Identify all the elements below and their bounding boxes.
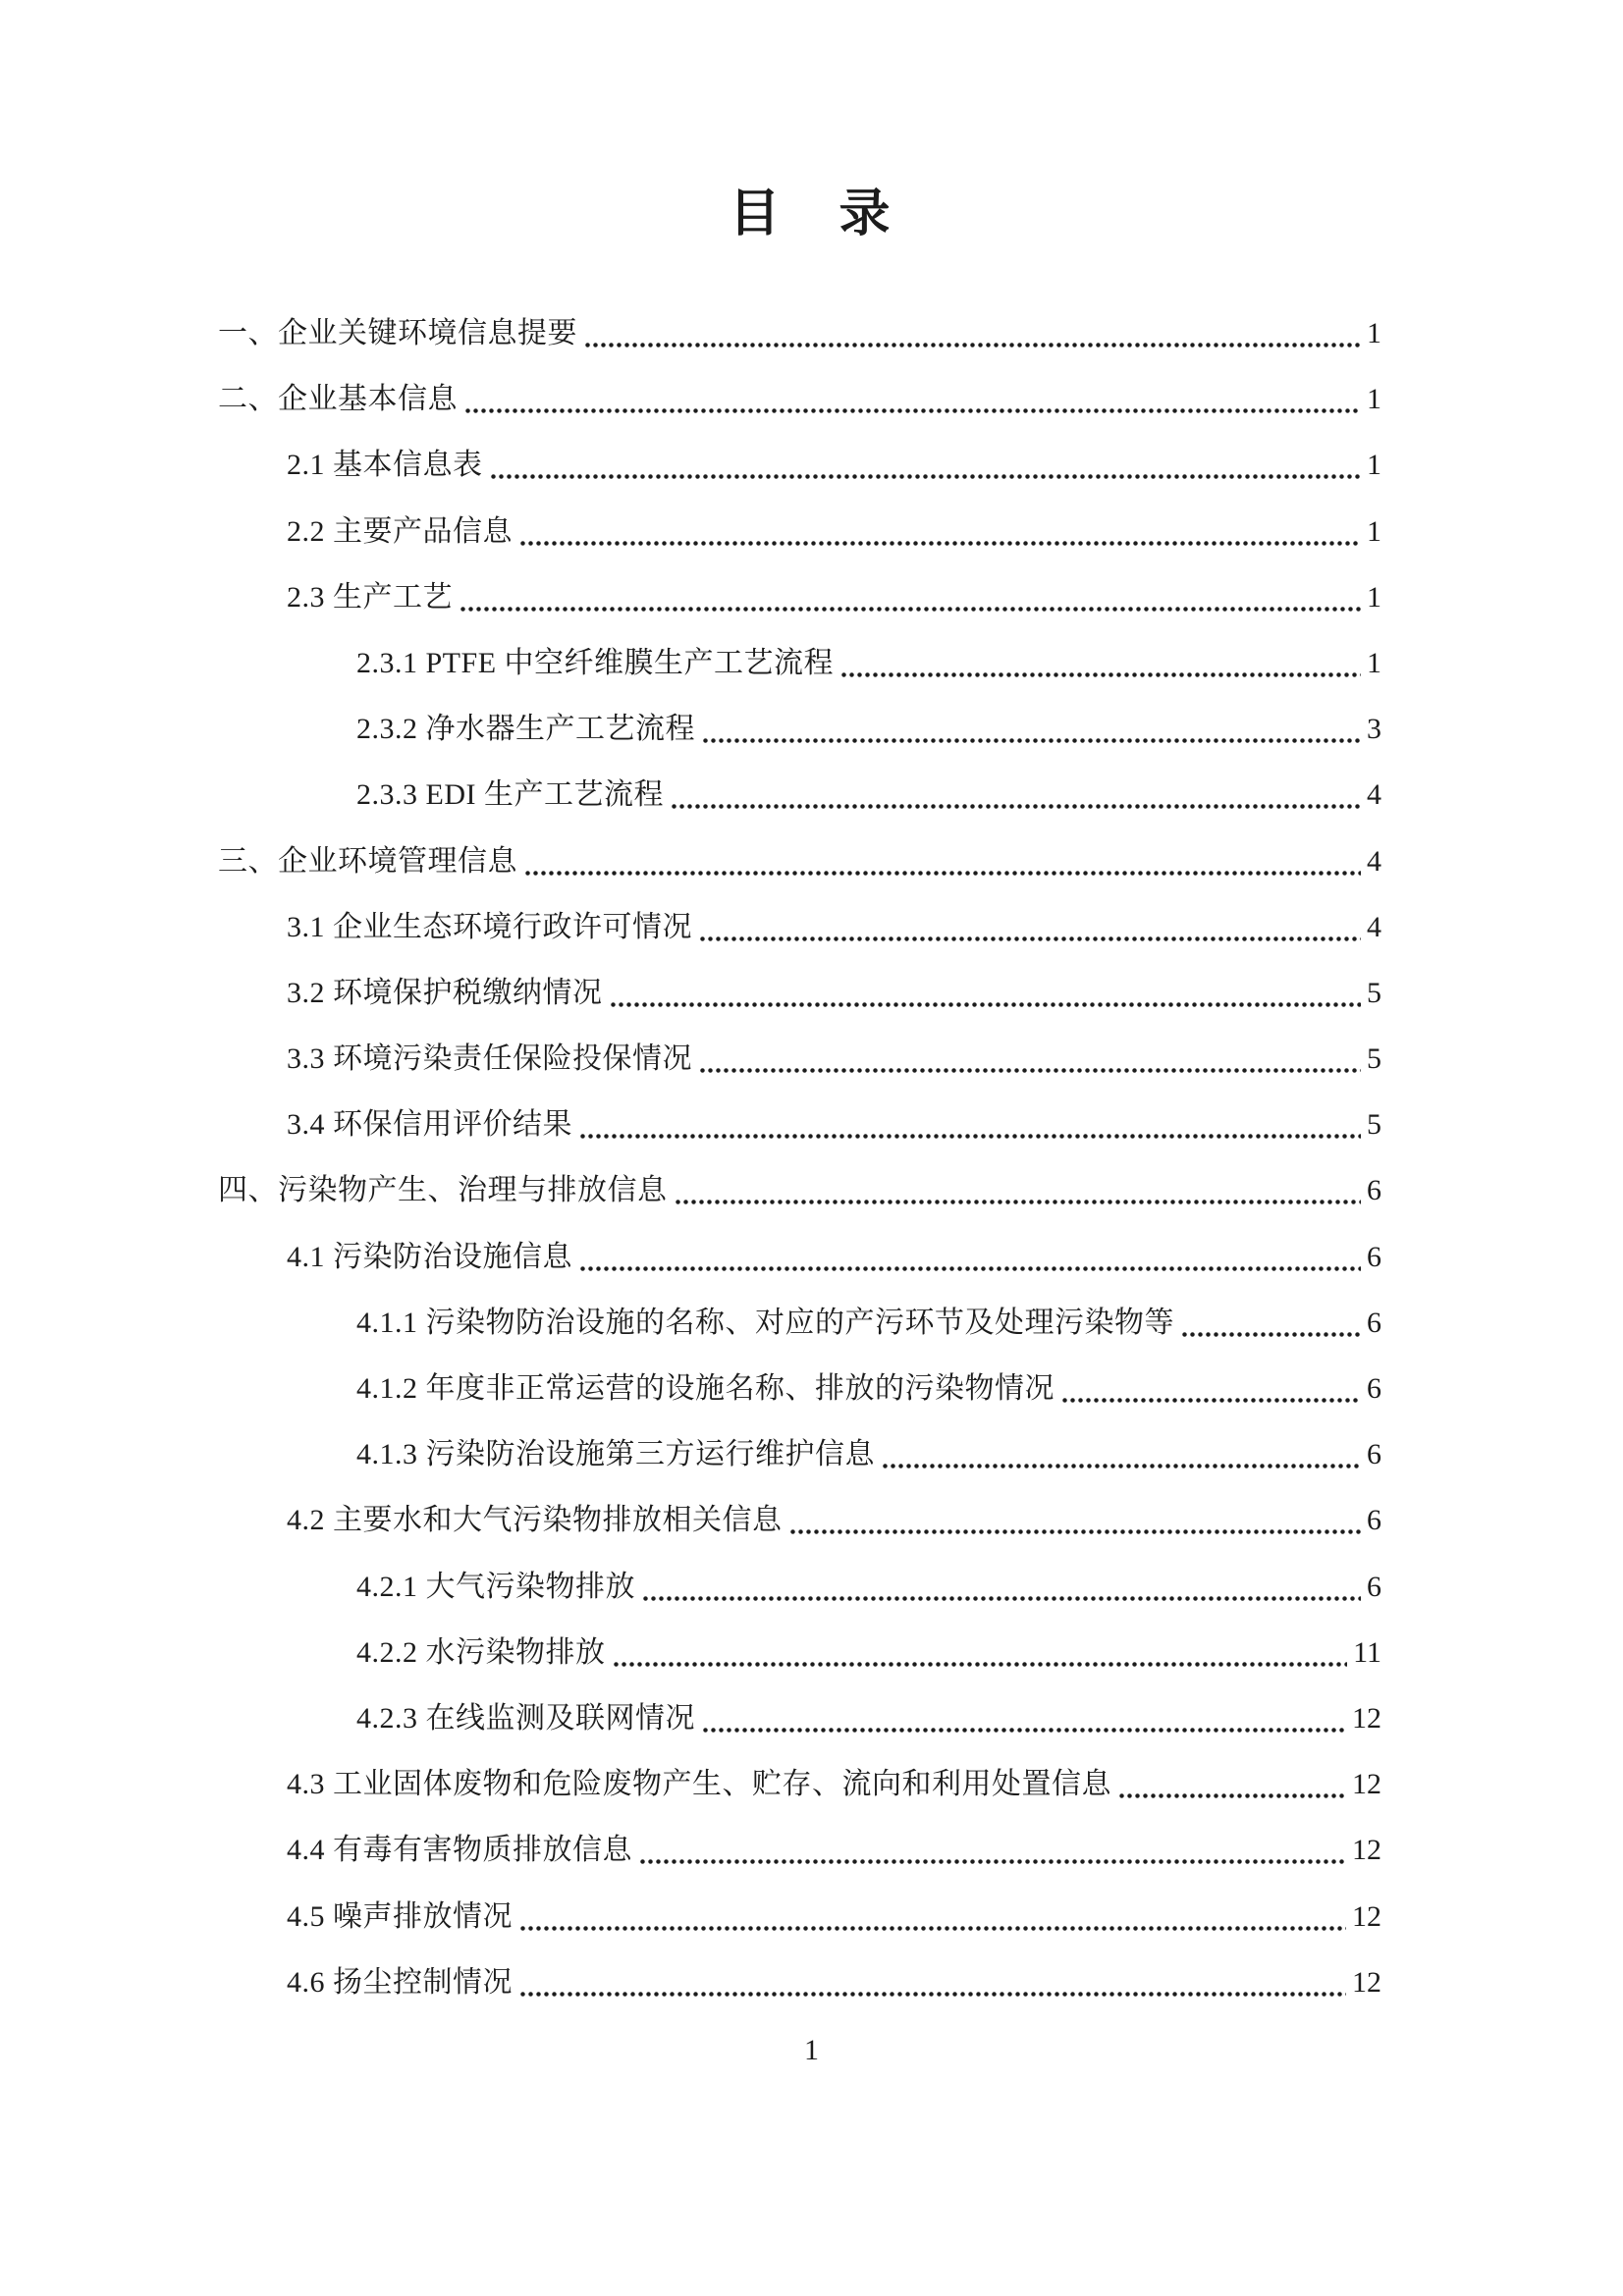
toc-entry-page: 6: [1364, 1501, 1381, 1540]
toc-entry-label: 4.2.2 水污染物排放: [356, 1633, 606, 1673]
toc-entry-label: 3.3 环境污染责任保险投保情况: [287, 1040, 692, 1079]
toc-entry-label: 三、企业环境管理信息: [218, 842, 517, 881]
toc-entry: 2.3.2 净水器生产工艺流程 3: [218, 710, 1381, 775]
dot-leader: [790, 1529, 1362, 1534]
dot-leader: [1182, 1332, 1361, 1337]
toc-entry: 4.4 有毒有害物质排放信息 12: [218, 1831, 1381, 1896]
dot-leader: [703, 1728, 1346, 1733]
dot-leader: [700, 936, 1361, 941]
toc-entry-label: 二、企业基本信息: [218, 380, 458, 419]
toc-entry: 2.3.1 PTFE 中空纤维膜生产工艺流程 1: [218, 644, 1381, 710]
dot-leader: [841, 672, 1361, 677]
toc-entry-page: 6: [1364, 1435, 1381, 1474]
dot-leader: [643, 1596, 1361, 1601]
toc-entry-page: 6: [1364, 1238, 1381, 1277]
toc-entry-page: 1: [1364, 578, 1381, 617]
toc-entry-label: 2.3 生产工艺: [287, 578, 453, 617]
toc-entry-label: 四、污染物产生、治理与排放信息: [218, 1171, 668, 1210]
toc-entry-page: 4: [1364, 775, 1381, 815]
toc-entry-label: 2.3.1 PTFE 中空纤维膜生产工艺流程: [356, 644, 834, 683]
dot-leader: [460, 607, 1361, 612]
toc-entry: 四、污染物产生、治理与排放信息 6: [218, 1171, 1381, 1237]
dot-leader: [640, 1859, 1346, 1864]
toc-entry: 4.1.2 年度非正常运营的设施名称、排放的污染物情况 6: [218, 1369, 1381, 1435]
toc-entry: 4.1.1 污染物防治设施的名称、对应的产污环节及处理污染物等 6: [218, 1304, 1381, 1369]
toc-entry-page: 4: [1364, 908, 1381, 947]
toc-entry-label: 3.2 环境保护税缴纳情况: [287, 974, 603, 1013]
toc-entry-label: 4.2.3 在线监测及联网情况: [356, 1699, 695, 1738]
toc-entry-page: 12: [1349, 1699, 1381, 1738]
toc-entry: 3.1 企业生态环境行政许可情况 4: [218, 908, 1381, 974]
toc-entry-label: 4.5 噪声排放情况: [287, 1897, 513, 1937]
dot-leader: [883, 1464, 1361, 1468]
toc-entry-page: 11: [1350, 1633, 1381, 1673]
page-footer-number: 1: [0, 2034, 1623, 2067]
toc-entry-page: 6: [1364, 1171, 1381, 1210]
toc-entry: 2.1 基本信息表 1: [218, 446, 1381, 511]
dot-leader: [672, 804, 1361, 809]
toc-entry: 2.3.3 EDI 生产工艺流程 4: [218, 775, 1381, 841]
dot-leader: [703, 738, 1361, 743]
toc-entry-page: 6: [1364, 1369, 1381, 1409]
toc-entry-label: 4.2.1 大气污染物排放: [356, 1568, 635, 1607]
toc-entry: 4.2.2 水污染物排放 11: [218, 1633, 1381, 1699]
toc-entry-page: 5: [1364, 974, 1381, 1013]
toc-entry-page: 1: [1364, 380, 1381, 419]
table-of-contents: 一、企业关键环境信息提要 1 二、企业基本信息 1 2.1 基本信息表 1 2.…: [218, 314, 1381, 2029]
dot-leader: [700, 1068, 1361, 1073]
document-page: 目 录 一、企业关键环境信息提要 1 二、企业基本信息 1 2.1 基本信息表 …: [0, 0, 1623, 2296]
toc-entry: 二、企业基本信息 1: [218, 380, 1381, 446]
toc-entry: 4.2.1 大气污染物排放 6: [218, 1568, 1381, 1633]
toc-entry: 4.5 噪声排放情况 12: [218, 1897, 1381, 1963]
toc-entry-page: 3: [1364, 710, 1381, 749]
toc-entry: 4.6 扬尘控制情况 12: [218, 1963, 1381, 2029]
toc-entry: 一、企业关键环境信息提要 1: [218, 314, 1381, 380]
toc-entry-page: 12: [1349, 1765, 1381, 1804]
toc-entry: 三、企业环境管理信息 4: [218, 842, 1381, 908]
toc-entry: 4.3 工业固体废物和危险废物产生、贮存、流向和利用处置信息 12: [218, 1765, 1381, 1831]
dot-leader: [614, 1662, 1348, 1667]
toc-entry-label: 4.3 工业固体废物和危险废物产生、贮存、流向和利用处置信息: [287, 1765, 1111, 1804]
dot-leader: [520, 541, 1361, 546]
toc-entry-label: 一、企业关键环境信息提要: [218, 314, 577, 353]
dot-leader: [1119, 1793, 1346, 1798]
toc-entry-page: 12: [1349, 1897, 1381, 1937]
dot-leader: [1062, 1398, 1361, 1403]
dot-leader: [676, 1200, 1362, 1204]
toc-entry-label: 2.1 基本信息表: [287, 446, 483, 485]
toc-entry-label: 4.2 主要水和大气污染物排放相关信息: [287, 1501, 783, 1540]
dot-leader: [525, 871, 1361, 876]
dot-leader: [580, 1134, 1361, 1139]
toc-entry-page: 1: [1364, 314, 1381, 353]
toc-entry-page: 4: [1364, 842, 1381, 881]
toc-entry: 4.2 主要水和大气污染物排放相关信息 6: [218, 1501, 1381, 1567]
toc-entry-label: 2.3.2 净水器生产工艺流程: [356, 710, 695, 749]
toc-entry-page: 5: [1364, 1105, 1381, 1145]
toc-entry: 3.4 环保信用评价结果 5: [218, 1105, 1381, 1171]
toc-entry: 2.2 主要产品信息 1: [218, 512, 1381, 578]
toc-entry-label: 4.1 污染防治设施信息: [287, 1238, 572, 1277]
page-title: 目 录: [0, 185, 1623, 245]
toc-entry: 4.1 污染防治设施信息 6: [218, 1238, 1381, 1304]
dot-leader: [520, 1926, 1346, 1931]
toc-entry-page: 12: [1349, 1831, 1381, 1870]
dot-leader: [580, 1266, 1361, 1271]
toc-entry: 4.2.3 在线监测及联网情况 12: [218, 1699, 1381, 1765]
dot-leader: [491, 474, 1362, 479]
toc-entry-label: 3.4 环保信用评价结果: [287, 1105, 572, 1145]
toc-entry-label: 4.4 有毒有害物质排放信息: [287, 1831, 632, 1870]
toc-entry-page: 1: [1364, 644, 1381, 683]
dot-leader: [585, 343, 1361, 347]
toc-entry: 3.2 环境保护税缴纳情况 5: [218, 974, 1381, 1040]
toc-entry-label: 2.2 主要产品信息: [287, 512, 513, 552]
toc-entry-label: 3.1 企业生态环境行政许可情况: [287, 908, 692, 947]
toc-entry: 3.3 环境污染责任保险投保情况 5: [218, 1040, 1381, 1105]
toc-entry-label: 4.1.3 污染防治设施第三方运行维护信息: [356, 1435, 875, 1474]
toc-entry: 2.3 生产工艺 1: [218, 578, 1381, 644]
dot-leader: [611, 1002, 1362, 1007]
toc-entry-label: 4.1.1 污染物防治设施的名称、对应的产污环节及处理污染物等: [356, 1304, 1174, 1343]
toc-entry-page: 6: [1364, 1304, 1381, 1343]
toc-entry: 4.1.3 污染防治设施第三方运行维护信息 6: [218, 1435, 1381, 1501]
dot-leader: [465, 408, 1361, 413]
toc-entry-page: 5: [1364, 1040, 1381, 1079]
toc-entry-label: 4.6 扬尘控制情况: [287, 1963, 513, 2002]
toc-entry-label: 2.3.3 EDI 生产工艺流程: [356, 775, 664, 815]
toc-entry-page: 1: [1364, 512, 1381, 552]
toc-entry-page: 1: [1364, 446, 1381, 485]
toc-entry-label: 4.1.2 年度非正常运营的设施名称、排放的污染物情况: [356, 1369, 1055, 1409]
dot-leader: [520, 1992, 1346, 1997]
toc-entry-page: 6: [1364, 1568, 1381, 1607]
toc-entry-page: 12: [1349, 1963, 1381, 2002]
